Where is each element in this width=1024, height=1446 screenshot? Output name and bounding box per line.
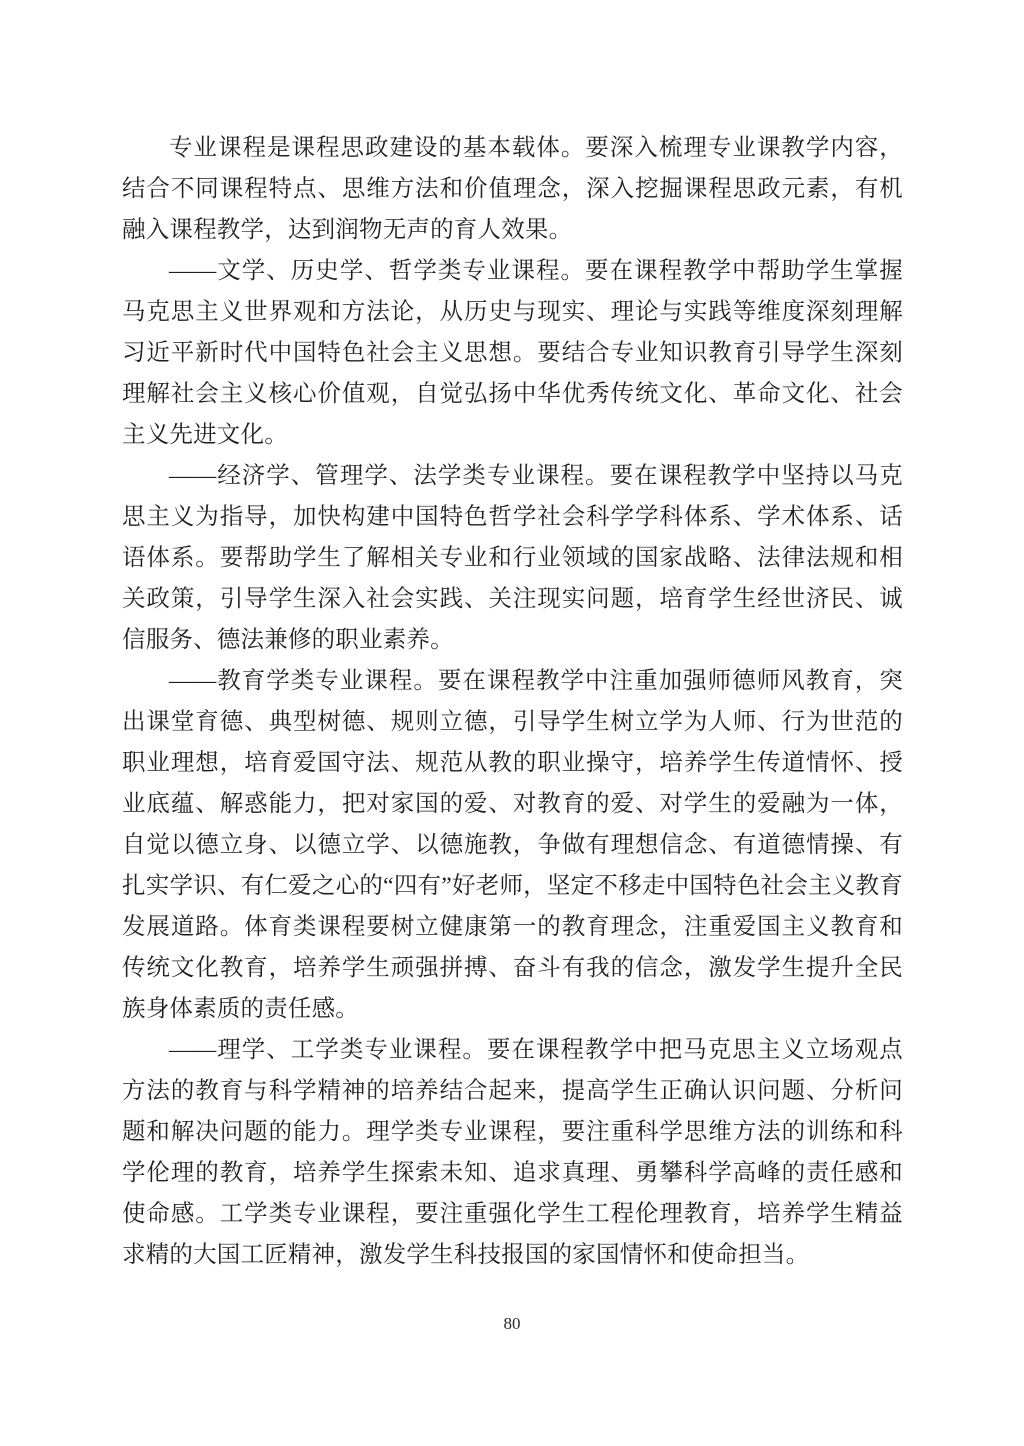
document-body: 专业课程是课程思政建设的基本载体。要深入梳理专业课教学内容，结合不同课程特点、思… [122, 128, 903, 1276]
paragraph-professional-courses-intro: 专业课程是课程思政建设的基本载体。要深入梳理专业课教学内容，结合不同课程特点、思… [122, 128, 903, 251]
document-page: 专业课程是课程思政建设的基本载体。要深入梳理专业课教学内容，结合不同课程特点、思… [0, 0, 1024, 1446]
paragraph-education-category: ——教育学类专业课程。要在课程教学中注重加强师德师风教育，突出课堂育德、典型树德… [122, 661, 903, 1030]
paragraph-economics-management-law: ——经济学、管理学、法学类专业课程。要在课程教学中坚持以马克思主义为指导，加快构… [122, 456, 903, 661]
paragraph-science-engineering: ——理学、工学类专业课程。要在课程教学中把马克思主义立场观点方法的教育与科学精神… [122, 1030, 903, 1276]
paragraph-literature-history-philosophy: ——文学、历史学、哲学类专业课程。要在课程教学中帮助学生掌握马克思主义世界观和方… [122, 251, 903, 456]
page-number: 80 [0, 1314, 1024, 1334]
